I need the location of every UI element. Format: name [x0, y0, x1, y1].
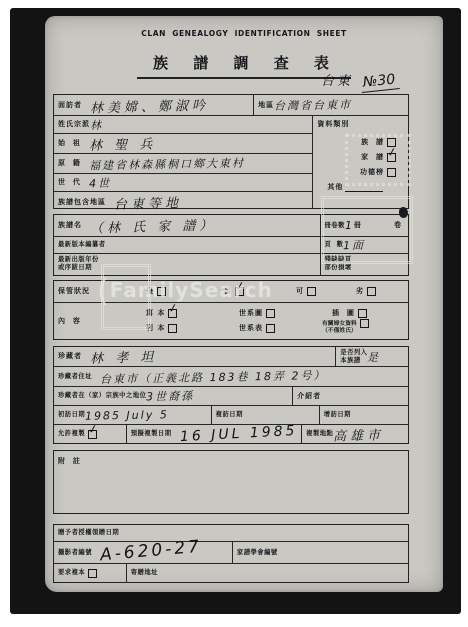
first-visit-label: 初訪日期 — [58, 411, 85, 419]
english-title: CLAN GENEALOGY IDENTIFICATION SHEET — [45, 29, 443, 38]
generation-label: 世 代 — [58, 178, 81, 186]
society-number-cell: 家譜學會編號 — [232, 542, 408, 563]
listed-value: 是 — [367, 348, 380, 364]
volumes-unit-juan: 卷 — [394, 221, 402, 229]
notes-box: 附 註 — [53, 450, 409, 514]
genealogy-form-page: CLAN GENEALOGY IDENTIFICATION SHEET 族 譜 … — [45, 16, 443, 592]
category-option-other: 其他 — [327, 183, 396, 192]
owner-position-label: 珍藏者在（家）宗族中之地位 — [58, 392, 146, 400]
interviewer-value: 林美嫦、鄭淑吟 — [90, 94, 209, 116]
content-illustration: 插 圖 — [332, 309, 367, 318]
generation-value: 4世 — [89, 174, 111, 190]
origin-value: 福建省林森縣桐口鄉大東村 — [89, 154, 245, 173]
interviewer-cell: 面訪者 林美嫦、鄭淑吟 — [54, 95, 253, 115]
genealogy-name-cell: 族譜名 （林 氏 家 譜） — [54, 215, 220, 236]
volumes-unit-ce: 冊 — [354, 221, 362, 229]
condition-fair: 可 — [296, 287, 316, 296]
surname-value: 林 — [90, 116, 103, 132]
revisit-cell: 複訪日期 — [211, 406, 319, 424]
copy-date-cell: 預擬複製日期 16 JUL 1985 — [126, 425, 301, 443]
manuscript-checkbox — [168, 309, 177, 318]
copy-request-cell: 要求複本 — [54, 564, 126, 582]
category-column: 資料類別 族 譜 家 譜 功德榜 其他 — [312, 116, 408, 208]
copy-permission-checkbox — [88, 430, 97, 439]
content-printed: 刊 本 — [146, 324, 177, 333]
basic-left-column: 姓氏宗派 林 始 祖 林 聖 兵 原 籍 福建省林森縣桐口鄉大東 — [54, 116, 312, 208]
mailing-address-cell: 寄贈地址 — [126, 564, 408, 582]
added-visit-cell: 增訪日期 — [319, 406, 408, 424]
copy-date-value: 16 JUL 1985 — [179, 423, 297, 445]
scope-value: 台東等地 — [114, 192, 182, 213]
first-visit-value: 1985 July 5 — [85, 408, 169, 422]
condition-good: 良 — [224, 287, 244, 296]
pedigree-chart-checkbox — [266, 309, 275, 318]
copy-request-checkbox — [88, 569, 97, 578]
introducer-label: 介紹者 — [297, 392, 321, 400]
founder-cell: 始 祖 林 聖 兵 — [54, 134, 160, 153]
area-cell: 地區 台灣省台東市 — [253, 95, 408, 115]
origin-cell: 原 籍 福建省林森縣桐口鄉大東村 — [54, 154, 249, 173]
volumes-value: 1 — [345, 219, 354, 232]
handwritten-number: №30 — [360, 71, 400, 93]
scope-cell: 族譜包含地區 台東等地 — [54, 192, 186, 212]
publication-cell: 最新出版年份或序跋日期 — [54, 254, 103, 274]
surname-label: 姓氏宗派 — [58, 120, 90, 128]
revisit-label: 複訪日期 — [216, 411, 243, 419]
damage-cell: 殘缺缺頁部份損壞 — [321, 254, 356, 274]
fair-checkbox — [307, 287, 316, 296]
handwritten-place: 台東 — [321, 70, 353, 89]
pages-label: 頁 數 — [325, 241, 344, 249]
area-value: 台灣省台東市 — [274, 96, 352, 113]
printed-checkbox — [168, 324, 177, 333]
category-option-jiapu: 家 譜 — [313, 153, 396, 162]
volumes-cell: 冊卷數 1 冊 卷 — [321, 215, 409, 236]
volumes-label: 冊卷數 — [325, 222, 345, 230]
interviewer-label: 面訪者 — [58, 101, 82, 109]
owner-value: 林 孝 坦 — [90, 346, 158, 367]
condition-table: 保管狀況 優 良 可 劣 — [53, 280, 409, 340]
photographer-number-value: A-620-27 — [99, 536, 202, 565]
copy-place-label: 複製地點 — [306, 430, 333, 438]
owner-address-cell: 珍藏者住址 台東市（正義北路 183巷 18弄 2号） — [54, 367, 408, 386]
owner-position-value: 3世裔孫 — [146, 388, 194, 405]
category-label: 資料類別 — [317, 120, 349, 128]
category-option-gongdebang: 功德榜 — [313, 168, 396, 177]
contents-label: 內 容 — [58, 317, 81, 325]
condition-row: 保管狀況 優 良 可 劣 — [54, 281, 408, 302]
copy-place-cell: 複製地點 高雄市 — [301, 425, 408, 443]
damage-label: 殘缺缺頁部份損壞 — [325, 256, 352, 272]
basic-info-table: 面訪者 林美嫦、鄭淑吟 地區 台灣省台東市 姓氏宗派 林 始 祖 — [53, 94, 409, 209]
copy-permission-cell: 允許複製 — [54, 425, 126, 443]
surname-cell: 姓氏宗派 林 — [54, 116, 107, 133]
ink-blot — [399, 207, 408, 218]
content-women-data: 有關婦女資料（不僅姓氏） — [322, 321, 369, 335]
handwritten-serial: 台東 №30 — [321, 70, 399, 91]
area-label: 地區 — [258, 101, 274, 109]
listed-label: 是否列入本族譜 — [340, 349, 367, 365]
introducer-cell: 介紹者 — [292, 387, 408, 405]
listed-cell: 是否列入本族譜 是 — [335, 347, 408, 366]
copy-request-label: 要求複本 — [58, 569, 85, 577]
poor-checkbox — [367, 287, 376, 296]
grant-date-cell: 贈予者授權領贈日期 — [54, 525, 408, 541]
copy-place-value: 高雄市 — [333, 424, 384, 444]
volume-left-column: 族譜名 （林 氏 家 譜） 最新版本編纂者 最新出版年份或序跋日期 — [54, 215, 320, 275]
illustration-checkbox — [358, 309, 367, 318]
compiler-cell: 最新版本編纂者 — [54, 237, 110, 253]
first-visit-cell: 初訪日期 1985 July 5 — [54, 406, 211, 424]
good-checkbox — [235, 287, 244, 296]
owner-address-label: 珍藏者住址 — [58, 373, 92, 381]
founder-value: 林 聖 兵 — [89, 133, 157, 154]
compiler-label: 最新版本編纂者 — [58, 241, 106, 249]
added-visit-label: 增訪日期 — [324, 411, 351, 419]
owner-position-cell: 珍藏者在（家）宗族中之地位 3世裔孫 — [54, 387, 292, 405]
copy-date-label: 預擬複製日期 — [131, 430, 172, 438]
genealogy-name-label: 族譜名 — [58, 221, 82, 229]
photographer-number-cell: 攝影者編號 A-620-27 — [54, 542, 232, 563]
form-title: 族 譜 調 查 表 — [137, 52, 351, 79]
mailing-address-label: 寄贈地址 — [131, 569, 158, 577]
founder-label: 始 祖 — [58, 139, 81, 147]
origin-label: 原 籍 — [58, 159, 81, 167]
content-pedigree-table: 世系表 — [239, 324, 275, 333]
excellent-checkbox — [157, 287, 166, 296]
owner-address-value: 台東市（正義北路 183巷 18弄 2号） — [100, 367, 327, 387]
owner-cell: 珍藏者 林 孝 坦 — [54, 347, 335, 366]
owner-label: 珍藏者 — [58, 352, 82, 360]
category-option-zupu: 族 譜 — [313, 138, 396, 147]
society-number-label: 家譜學會編號 — [237, 549, 278, 557]
publication-label: 最新出版年份或序跋日期 — [58, 256, 99, 272]
gongdebang-checkbox — [387, 168, 396, 177]
generation-cell: 世 代 4世 — [54, 174, 115, 191]
content-manuscript: 寫 本 — [146, 309, 177, 318]
other-blank-line — [345, 183, 383, 192]
registration-table: 贈予者授權領贈日期 攝影者編號 A-620-27 家譜學會編號 要求複本 寄贈地… — [53, 524, 409, 583]
condition-poor: 劣 — [356, 287, 376, 296]
volume-info-table: 族譜名 （林 氏 家 譜） 最新版本編纂者 最新出版年份或序跋日期 — [53, 214, 409, 276]
notes-label: 附 註 — [58, 457, 81, 465]
jiapu-checkbox — [387, 153, 396, 162]
scope-label: 族譜包含地區 — [58, 198, 106, 206]
content-pedigree-chart: 世系圖 — [239, 309, 275, 318]
category-options: 族 譜 家 譜 功德榜 其他 — [313, 132, 408, 192]
grant-date-label: 贈予者授權領贈日期 — [58, 529, 119, 537]
copy-permission-label: 允許複製 — [58, 430, 85, 438]
condition-label: 保管狀況 — [58, 287, 90, 295]
women-data-label: 有關婦女資料（不僅姓氏） — [322, 321, 357, 335]
condition-excellent: 優 — [146, 287, 166, 296]
owner-table: 珍藏者 林 孝 坦 是否列入本族譜 是 珍藏者住址 台東市（正義北路 183巷 … — [53, 346, 409, 444]
contents-row: 內 容 寫 本 世系圖 插 圖 刊 本 世系表 — [54, 303, 408, 339]
women-data-checkbox — [360, 319, 369, 328]
genealogy-name-value: （林 氏 家 譜） — [90, 214, 217, 236]
photographer-number-label: 攝影者編號 — [58, 549, 92, 557]
pages-value: 1面 — [343, 237, 365, 253]
pedigree-table-checkbox — [266, 324, 275, 333]
volume-right-column: 冊卷數 1 冊 卷 頁 數 1面 殘缺缺頁部份損壞 — [320, 215, 409, 275]
pages-cell: 頁 數 1面 — [321, 237, 370, 253]
